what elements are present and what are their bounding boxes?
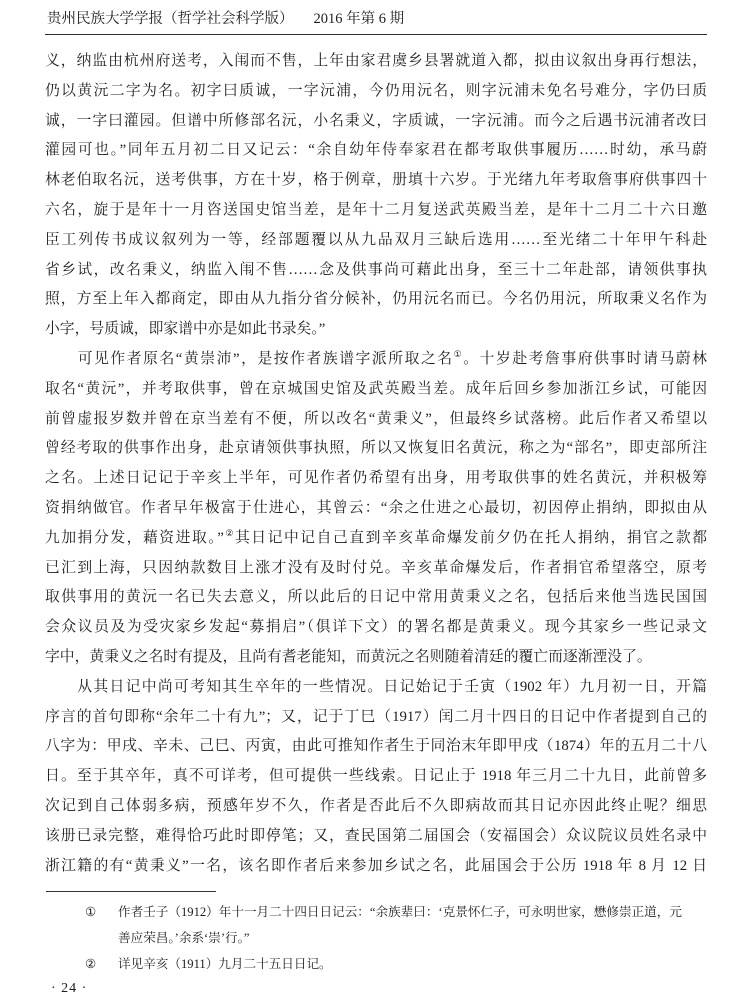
body-line: 次记到自己体弱多病，预感年岁不久，作者是否此后不久即病故而其日记亦因此终止呢？细… <box>45 792 707 822</box>
footnote-ref: ② <box>224 528 235 538</box>
footnotes: ①作者壬子（1912）年十一月二十四日日记云：“余族辈曰：‘克景怀仁子，可永明世… <box>45 900 707 977</box>
page: 贵州民族大学学报（哲学社会科学版） 2016 年第 6 期 义，纳监由杭州府送考… <box>0 0 750 1000</box>
body-line: 取名“黄沅”，并考取供事，曾在京城国史馆及武英殿当差。成年后回乡参加浙江乡试，可… <box>45 375 707 405</box>
footnote-item: ①作者壬子（1912）年十一月二十四日日记云：“余族辈曰：‘克景怀仁子，可永明世… <box>45 900 707 952</box>
body-line: 诚，一字曰灌园。但谱中所修部名沅，小名秉义，字质诚，一字沅浦。而今之后遇书沅浦者… <box>45 107 707 137</box>
body-line: 六名，旋于是年十一月咨送国史馆当差，是年十二月复送武英殿当差，是年十二月二十六日… <box>45 196 707 226</box>
footnote-text: 详见辛亥（1911）九月二十五日日记。 <box>118 952 707 978</box>
body-line: 日。至于其卒年，真不可详考，但可提供一些线索。日记止于 1918 年三月二十九日… <box>45 762 707 792</box>
body-line: 林老伯取名沅，送考供事，方在十岁，格于例章，册填十六岁。于光绪九年考取詹事府供事… <box>45 166 707 196</box>
body-line: 序言的首句即称“余年二十有九”；又，记于丁巳（1917）闰二月十四日的日记中作者… <box>45 703 707 733</box>
footnote-text: 作者壬子（1912）年十一月二十四日日记云：“余族辈曰：‘克景怀仁子，可永明世家… <box>118 900 707 952</box>
footnote-marker: ② <box>85 952 118 978</box>
page-header: 贵州民族大学学报（哲学社会科学版） 2016 年第 6 期 <box>45 8 707 35</box>
page-number: · 24 · <box>45 981 707 997</box>
body-line: 曾经考取的供事作出身，赴京请领供事执照，所以又恢复旧名黄沅，称之为“部名”，即吏… <box>45 434 707 464</box>
body-line: 灌园可也。”同年五月初二日又记云：“余自幼年侍奉家君在都考取供事履历……时幼，承… <box>45 136 707 166</box>
body-line: 八字为：甲戌、辛未、己巳、丙寅，由此可推知作者生于同治末年即甲戌（1874）年的… <box>45 732 707 762</box>
body-line: 义，纳监由杭州府送考，入闱而不售，上年由家君虞乡县署就道入都，拟由议叙出身再行想… <box>45 47 707 77</box>
body-line: 仍以黄沅二字为名。初字曰质诚，一字沅浦，今仍用沅名，则字沅浦未免名号难分，字仍曰… <box>45 77 707 107</box>
footnote-line: 详见辛亥（1911）九月二十五日日记。 <box>118 952 707 978</box>
body-line: 之名。上述日记记于辛亥上半年，可见作者仍希望有出身，用考取供事的姓名黄沅，并积极… <box>45 464 707 494</box>
body-line: 已汇到上海，只因纳款数目上涨才没有及时付兑。辛亥革命爆发后，作者捐官希望落空，原… <box>45 554 707 584</box>
body-line: 从其日记中尚可考知其生卒年的一些情况。日记始记于壬寅（1902 年）九月初一日，… <box>45 673 707 703</box>
body-line: 臣工列传书成议叙列为一等，经部题覆以从九品双月三缺后选用……至光绪二十年甲午科赴 <box>45 226 707 256</box>
journal-title: 贵州民族大学学报（哲学社会科学版） <box>47 10 294 28</box>
footnote-marker: ① <box>85 900 118 952</box>
body-line: 取供事用的黄沅一名已失去意义，所以此后的日记中常用黄秉义之名，包括后来他当选民国… <box>45 583 707 613</box>
body-line: 资捐纳做官。作者早年极富于仕进心，其曾云：“余之仕进之心最切，初因停止捐纳，即拟… <box>45 494 707 524</box>
body-line: 省乡试，改名秉义，纳监入闱不售……念及供事尚可藉此出身，至三十二年赴部，请领供事… <box>45 256 707 286</box>
body-line: 该册已录完整，难得恰巧此时即停笔；又，查民国第二届国会（安福国会）众议院议员姓名… <box>45 822 707 852</box>
footnote-item: ②详见辛亥（1911）九月二十五日日记。 <box>45 952 707 978</box>
footnote-ref: ① <box>454 349 464 359</box>
body-line: 会众议员及为受灾家乡发起“募捐启”（俱详下文）的署名都是黄秉义。现今其家乡一些记… <box>45 613 707 643</box>
footnote-line: 善应荣昌。’余系‘崇’行。” <box>118 926 707 952</box>
body-line: 浙江籍的有“黄秉义”一名，该名即作者后来参加乡试之名，此届国会于公历 1918 … <box>45 852 707 882</box>
footnote-separator <box>46 891 216 892</box>
body-line: 照，方至上年入都商定，即由从九指分省分候补，仍用沅名而已。今名仍用沅，所取秉义名… <box>45 285 707 315</box>
body-line: 字中，黄秉义之名时有提及，且尚有耆老能知，而黄沅之名则随着清廷的覆亡而逐渐湮没了… <box>45 643 707 673</box>
article-body: 义，纳监由杭州府送考，入闱而不售，上年由家君虞乡县署就道入都，拟由议叙出身再行想… <box>45 47 707 881</box>
body-line: 可见作者原名“黄崇沛”，是按作者族谱字派所取之名①。十岁赴考詹事府供事时请马蔚林 <box>45 345 707 375</box>
footnote-line: 作者壬子（1912）年十一月二十四日日记云：“余族辈曰：‘克景怀仁子，可永明世家… <box>118 900 707 926</box>
body-line: 小字，号质诚，即家谱中亦是如此书录矣。” <box>45 315 707 345</box>
body-line: 九加捐分发，藉资进取。”②其日记中记自己直到辛亥革命爆发前夕仍在托人捐纳，捐官之… <box>45 524 707 554</box>
body-line: 前曾虚报岁数并曾在京当差有不便，所以改名“黄秉义”，但最终乡试落榜。此后作者又希… <box>45 405 707 435</box>
issue-label: 2016 年第 6 期 <box>314 10 405 28</box>
